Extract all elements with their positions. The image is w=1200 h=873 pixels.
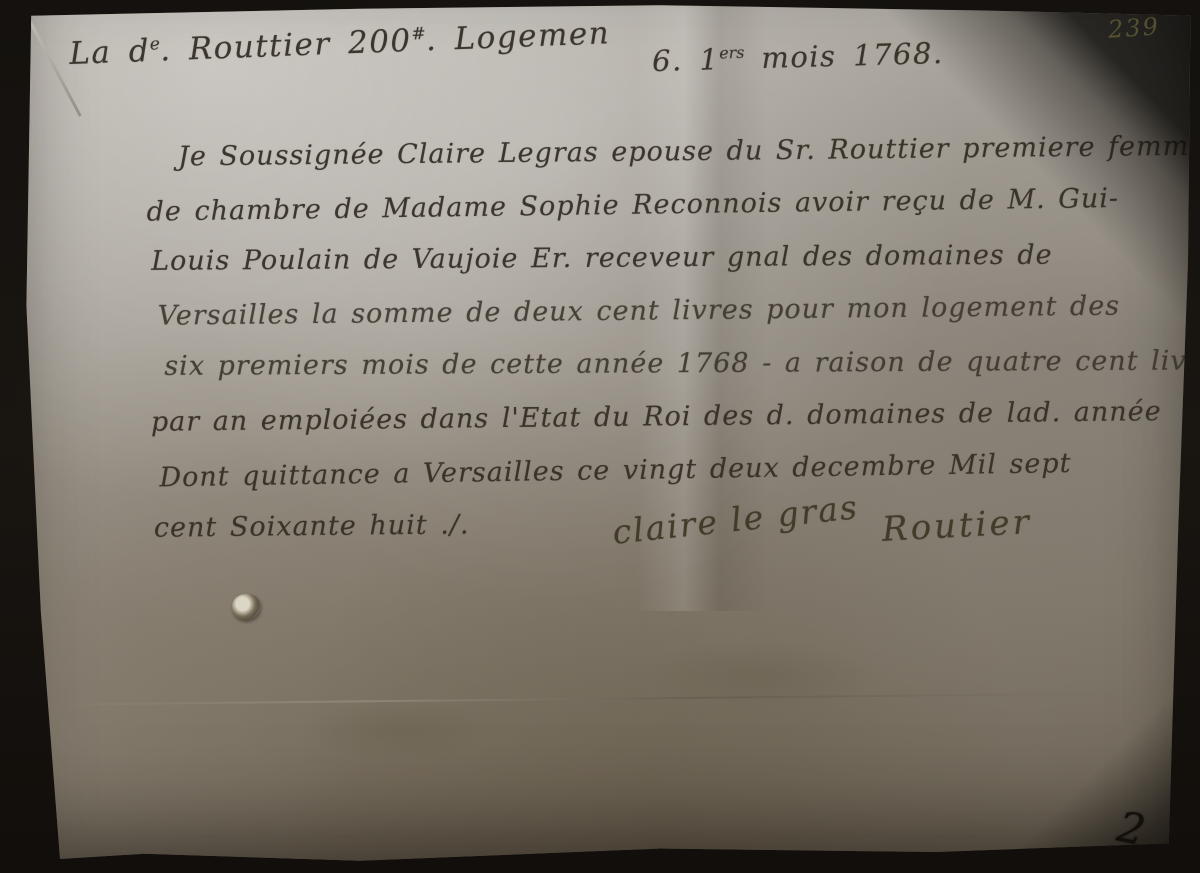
parchment-sheet: La de. Routtier 200#. Logemen 6. 1ers mo… [0,0,1200,873]
corner-shadow-bottom-right [0,0,1200,873]
page-number: 239 [1107,12,1161,44]
photo-background: La de. Routtier 200#. Logemen 6. 1ers mo… [0,0,1200,873]
